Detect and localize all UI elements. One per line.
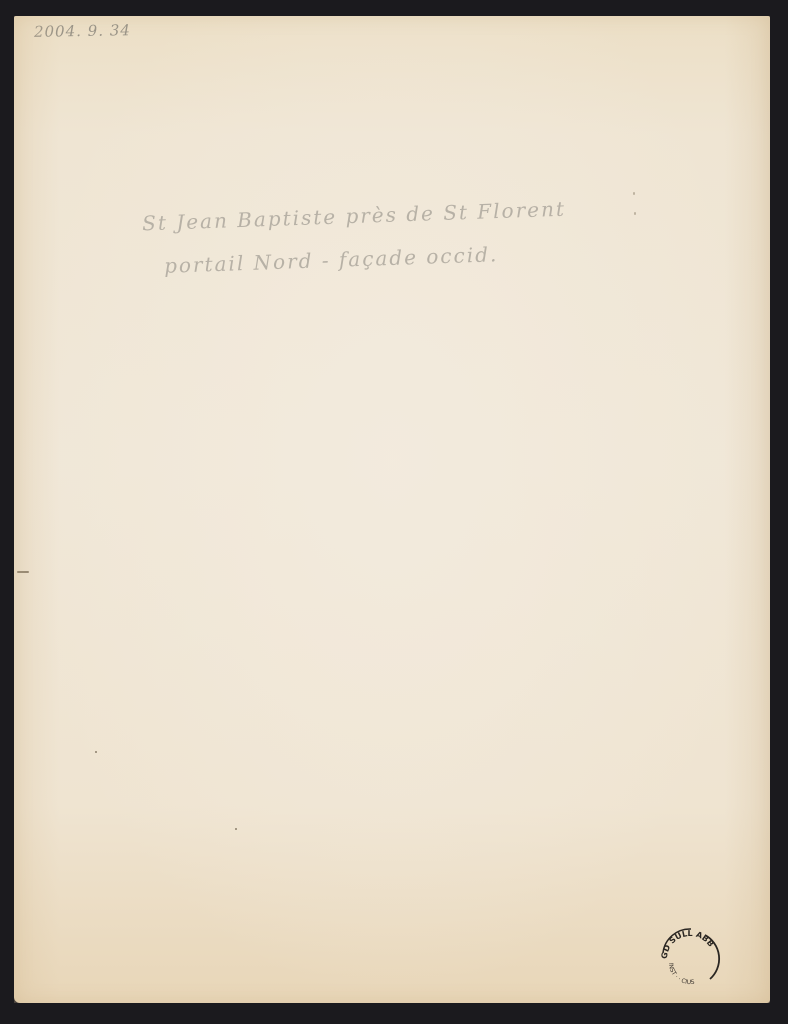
collection-stamp: GD SULL ABB INST · · CIUS — [655, 923, 725, 989]
paper-sheet: 2004. 9. 34 St Jean Baptiste près de St … — [14, 16, 770, 1003]
paper-mark — [17, 571, 29, 573]
inscription-line-1: St Jean Baptiste près de St Florent — [142, 197, 567, 236]
paper-speck — [95, 751, 97, 753]
paper-speck — [634, 212, 636, 215]
accession-number: 2004. 9. 34 — [34, 21, 131, 41]
inscription-line-2: portail Nord - façade occid. — [164, 242, 499, 278]
paper-speck — [235, 828, 237, 830]
stamp-circle-icon: GD SULL ABB INST · · CIUS — [655, 923, 725, 989]
paper-speck — [633, 192, 635, 195]
svg-text:GD SULL ABB: GD SULL ABB — [660, 929, 716, 959]
svg-text:INST · · CIUS: INST · · CIUS — [667, 963, 695, 986]
